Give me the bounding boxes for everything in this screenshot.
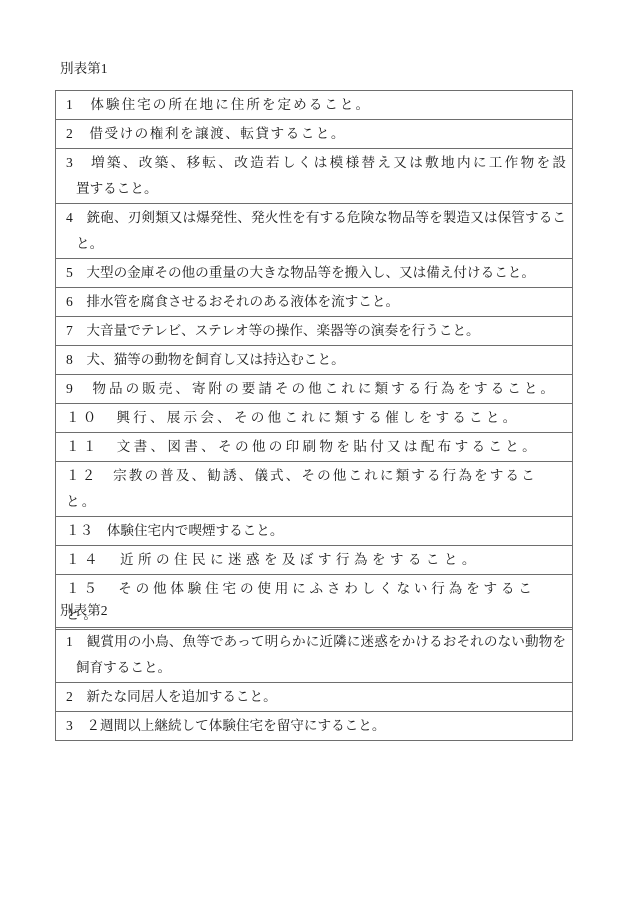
clause-text: 8 犬、猫等の動物を飼育し又は持込むこと。	[56, 347, 566, 373]
table-row: １５ その他体験住宅の使用にふさわしくない行為をすること。	[56, 574, 572, 629]
clause-text: １０ 興行、展示会、その他これに類する催しをすること。	[56, 405, 566, 431]
table-row: 3 増築、改築、移転、改造若しくは模様替え又は敷地内に工作物を設置すること。	[56, 148, 572, 203]
clause-text: 2 新たな同居人を追加すること。	[56, 684, 566, 710]
table-row: １１ 文書、図書、その他の印刷物を貼付又は配布すること。	[56, 432, 572, 461]
clause-text: 7 大音量でテレビ、ステレオ等の操作、楽器等の演奏を行うこと。	[56, 318, 566, 344]
table-row: 7 大音量でテレビ、ステレオ等の操作、楽器等の演奏を行うこと。	[56, 316, 572, 345]
table-row: １４ 近所の住民に迷惑を及ぼす行為をすること。	[56, 545, 572, 574]
clause-number: １１	[66, 439, 100, 454]
clause-text: 3 ２週間以上継続して体験住宅を留守にすること。	[56, 713, 566, 739]
clause-text: 3 増築、改築、移転、改造若しくは模様替え又は敷地内に工作物を設	[56, 150, 566, 176]
clause-text: 2 借受けの権利を譲渡、転貸すること。	[56, 121, 566, 147]
document-page: 別表第1 1 体験住宅の所在地に住所を定めること。2 借受けの権利を譲渡、転貸す…	[0, 0, 630, 903]
table-row: １０ 興行、展示会、その他これに類する催しをすること。	[56, 403, 572, 432]
clause-number: １２	[66, 468, 97, 483]
clause-number: 9	[66, 381, 76, 396]
clause-text: １３ 体験住宅内で喫煙すること。	[56, 518, 566, 544]
table-row: １２ 宗教の普及、勧誘、儀式、その他これに類する行為をすること。	[56, 461, 572, 516]
clause-text-continued: 置すること。	[56, 176, 566, 202]
clause-text: １２ 宗教の普及、勧誘、儀式、その他これに類する行為をすること。	[56, 463, 566, 515]
table-row: 1 体験住宅の所在地に住所を定めること。	[56, 91, 572, 119]
table-row: 2 借受けの権利を譲渡、転貸すること。	[56, 119, 572, 148]
clause-text-continued: と。	[56, 231, 566, 257]
table-row: 6 排水管を腐食させるおそれのある液体を流すこと。	[56, 287, 572, 316]
clause-text: １４ 近所の住民に迷惑を及ぼす行為をすること。	[56, 547, 566, 573]
clause-number: １４	[66, 552, 102, 567]
clause-number: 1	[66, 634, 73, 649]
clause-text-continued: 飼育すること。	[56, 655, 566, 681]
clause-number: 2	[66, 126, 74, 141]
clause-text: 9 物品の販売、寄附の要請その他これに類する行為をすること。	[56, 376, 566, 402]
clause-number: 4	[66, 210, 73, 225]
table-row: 5 大型の金庫その他の重量の大きな物品等を搬入し、又は備え付けること。	[56, 258, 572, 287]
table1-title: 別表第1	[60, 61, 108, 77]
table2-title: 別表第2	[60, 603, 108, 619]
clause-number: 2	[66, 689, 73, 704]
clause-text: 1 体験住宅の所在地に住所を定めること。	[56, 92, 566, 118]
clause-text: 1 観賞用の小鳥、魚等であって明らかに近隣に迷惑をかけるおそれのない動物を	[56, 629, 566, 655]
table-row: 9 物品の販売、寄附の要請その他これに類する行為をすること。	[56, 374, 572, 403]
table-row: 3 ２週間以上継続して体験住宅を留守にすること。	[56, 711, 572, 740]
table-row: 2 新たな同居人を追加すること。	[56, 682, 572, 711]
clause-number: 1	[66, 97, 75, 112]
clause-text: 4 銃砲、刃剣類又は爆発性、発火性を有する危険な物品等を製造又は保管するこ	[56, 205, 566, 231]
table-row: 8 犬、猫等の動物を飼育し又は持込むこと。	[56, 345, 572, 374]
table-row: 1 観賞用の小鳥、魚等であって明らかに近隣に迷惑をかけるおそれのない動物を飼育す…	[56, 628, 572, 682]
clause-text: 6 排水管を腐食させるおそれのある液体を流すこと。	[56, 289, 566, 315]
clause-number: １０	[66, 410, 100, 425]
clause-text: １５ その他体験住宅の使用にふさわしくない行為をすること。	[56, 576, 566, 628]
table2: 1 観賞用の小鳥、魚等であって明らかに近隣に迷惑をかけるおそれのない動物を飼育す…	[55, 627, 573, 741]
clause-number: 7	[66, 323, 73, 338]
clause-number: １３	[66, 523, 93, 538]
table-row: 4 銃砲、刃剣類又は爆発性、発火性を有する危険な物品等を製造又は保管すること。	[56, 203, 572, 258]
table-row: １３ 体験住宅内で喫煙すること。	[56, 516, 572, 545]
clause-number: 6	[66, 294, 73, 309]
clause-number: 5	[66, 265, 73, 280]
clause-text: １１ 文書、図書、その他の印刷物を貼付又は配布すること。	[56, 434, 566, 460]
clause-number: 3	[66, 718, 73, 733]
table1: 1 体験住宅の所在地に住所を定めること。2 借受けの権利を譲渡、転貸すること。3…	[55, 90, 573, 630]
clause-number: １５	[66, 581, 101, 596]
clause-number: 8	[66, 352, 73, 367]
clause-text: 5 大型の金庫その他の重量の大きな物品等を搬入し、又は備え付けること。	[56, 260, 566, 286]
clause-number: 3	[66, 155, 73, 170]
